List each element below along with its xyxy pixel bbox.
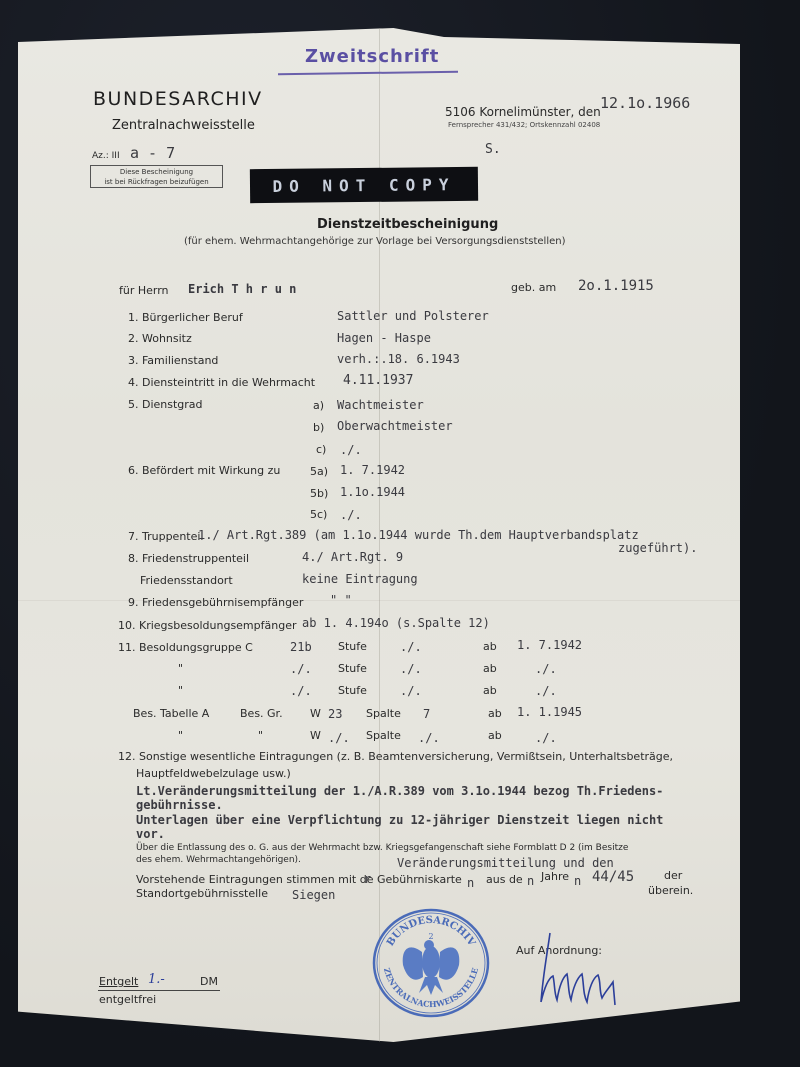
ab-value-4: 1. 1.1945 [517, 705, 582, 719]
promoted-key-5b: 5b) [310, 487, 328, 500]
stufe-value-2: ./. [400, 662, 422, 676]
confirmation-text-e: der [664, 869, 682, 882]
field-label-marital: 3. Familienstand [128, 354, 218, 367]
born-label: geb. am [511, 281, 556, 294]
other-label-line1: 12. Sonstige wesentliche Eintragungen (z… [118, 750, 673, 763]
field-value-enlistment: 4.11.1937 [343, 373, 413, 388]
stufe-label-1: Stufe [338, 640, 367, 653]
issue-date: 12.1o.1966 [600, 94, 690, 112]
promoted-value-5b: 1.1o.1944 [340, 485, 405, 499]
ab-label-2: ab [483, 662, 497, 675]
confirmation-text-a: Vorstehende Eintragungen stimmen mit de [136, 873, 374, 886]
pay-group-value-3: ./. [290, 684, 312, 698]
pay-gr-ditto: " [258, 729, 263, 742]
rank-key-b: b) [313, 421, 324, 434]
discharge-note-line1: Über die Entlassung des o. G. aus der We… [136, 843, 628, 853]
field-value-occupation: Sattler und Polsterer [337, 309, 489, 323]
confirmation-years: 44/45 [592, 869, 634, 885]
peace-location-label: Friedensstandort [140, 574, 233, 587]
rank-key-c: c) [316, 443, 326, 456]
document-subtitle: (für ehem. Wehrmachtangehörige zur Vorla… [184, 236, 566, 247]
unit-value-line2: zugeführt). [618, 541, 697, 555]
war-pay-label: 10. Kriegsbesoldungsempfänger [118, 619, 297, 632]
promoted-value-5c: ./. [340, 508, 362, 522]
pay-group-value-1: 21b [290, 640, 312, 654]
other-text-line3: Unterlagen über eine Verpflichtung zu 12… [136, 813, 663, 827]
stufe-label-2: Stufe [338, 662, 367, 675]
reference-value: a - 7 [130, 144, 175, 162]
rank-key-a: a) [313, 399, 324, 412]
rank-value-a: Wachtmeister [337, 398, 424, 412]
pay-table-ditto: " [178, 729, 183, 742]
fee-currency: DM [200, 975, 218, 988]
organization-name: BUNDESARCHIV [93, 88, 263, 110]
reference-label: Az.: III [92, 151, 120, 161]
notice-box: Diese Bescheinigung ist bei Rückfragen b… [90, 165, 223, 188]
confirmation-n1: n [467, 876, 474, 890]
field-label-residence: 2. Wohnsitz [128, 332, 192, 345]
stufe-value-1: ./. [400, 640, 422, 654]
notice-line-1: Diese Bescheinigung [91, 167, 222, 177]
rank-value-b: Oberwachtmeister [337, 419, 453, 433]
zweitschrift-stamp: Zweitschrift [305, 46, 439, 67]
stufe-value-3: ./. [400, 684, 422, 698]
ab-value-3: ./. [535, 684, 557, 698]
spalte-value-1: 7 [423, 707, 430, 721]
place-line: 5106 Kornelimünster, den [445, 105, 601, 119]
ab-label-4: ab [488, 707, 502, 720]
pay-group-ditto-3: " [178, 684, 183, 697]
do-not-copy-label: DO NOT COPY [250, 167, 478, 203]
spalte-label-1: Spalte [366, 707, 401, 720]
spalte-value-2: ./. [418, 731, 440, 745]
ab-value-1: 1. 7.1942 [517, 638, 582, 652]
signature-icon [535, 930, 635, 1010]
other-label-line2: Hauptfeldwebelzulage usw.) [136, 767, 291, 780]
w-label-2: W [310, 729, 321, 742]
ab-value-5: ./. [535, 731, 557, 745]
promoted-key-5c: 5c) [310, 508, 327, 521]
person-label: für Herrn [119, 284, 169, 297]
unit-value-line1: 1./ Art.Rgt.389 (am 1.1o.1944 wurde Th.d… [198, 528, 639, 542]
confirmation-text-b: Gebührniskarte [377, 873, 462, 886]
peace-pay-value: " " [330, 593, 352, 607]
field-label-occupation: 1. Bürgerlicher Beruf [128, 311, 243, 324]
paper-fold-horizontal [18, 600, 740, 601]
do-not-copy-text: DO NOT COPY [272, 175, 455, 196]
department-name: Zentralnachweisstelle [112, 118, 255, 133]
pay-group-label: 11. Besoldungsgruppe C [118, 641, 253, 654]
field-value-residence: Hagen - Haspe [337, 331, 431, 345]
war-pay-value: ab 1. 4.194o (s.Spalte 12) [302, 616, 490, 630]
w-value-2: ./. [328, 731, 350, 745]
peace-pay-label: 9. Friedensgebührnisempfänger [128, 596, 303, 609]
pay-gr-label: Bes. Gr. [240, 707, 283, 720]
confirmation-office: Siegen [292, 888, 335, 902]
promoted-key-5a: 5a) [310, 465, 328, 478]
confirmation-typed-insert: Veränderungsmitteilung und den [397, 856, 614, 870]
pay-group-value-2: ./. [290, 662, 312, 676]
promoted-value-5a: 1. 7.1942 [340, 463, 405, 477]
born-date: 2o.1.1915 [578, 278, 654, 294]
unit-label: 7. Truppenteil [128, 530, 204, 543]
confirmation-text-f: Standortgebührnisstelle [136, 887, 268, 900]
ab-value-2: ./. [535, 662, 557, 676]
confirmation-text-g: überein. [648, 884, 693, 897]
person-name: Erich T h r u n [188, 282, 296, 296]
ab-label-1: ab [483, 640, 497, 653]
eagle-icon [403, 940, 460, 995]
phone-line: Fernsprecher 431/432; Ortskennzahl 02408 [448, 121, 600, 129]
peace-unit-value: 4./ Art.Rgt. 9 [302, 550, 403, 564]
bundesarchiv-seal-icon: BUNDESARCHIV ZENTRALNACHWEISSTELLE 2 [371, 907, 491, 1019]
stufe-label-3: Stufe [338, 684, 367, 697]
promoted-label: 6. Befördert mit Wirkung zu [128, 464, 280, 477]
rank-label: 5. Dienstgrad [128, 398, 203, 411]
notice-line-2: ist bei Rückfragen beizufügen [91, 177, 222, 187]
seal-number: 2 [428, 932, 433, 941]
other-text-line4: vor. [136, 827, 165, 841]
peace-location-value: keine Eintragung [302, 572, 418, 586]
fee-free-label: entgeltfrei [99, 993, 156, 1006]
discharge-note-line2: des ehem. Wehrmachtangehörigen). [136, 855, 301, 865]
other-text-line1: Lt.Veränderungsmitteilung der 1./A.R.389… [136, 784, 663, 798]
confirmation-n3: n [574, 874, 581, 888]
document-title: Dienstzeitbescheinigung [317, 217, 498, 232]
ab-label-5: ab [488, 729, 502, 742]
w-value-1: 23 [328, 707, 342, 721]
fee-label: Entgelt [99, 975, 138, 988]
pay-table-label: Bes. Tabelle A [133, 707, 209, 720]
fee-underline [98, 990, 220, 991]
spalte-label-2: Spalte [366, 729, 401, 742]
confirmation-r: r [364, 872, 371, 886]
confirmation-n2: n [527, 874, 534, 888]
rank-value-c: ./. [340, 443, 362, 457]
clerk-initial: S. [485, 142, 501, 157]
other-text-line2: gebührnisse. [136, 798, 223, 812]
pay-group-ditto-2: " [178, 662, 183, 675]
fee-value: 1.- [148, 972, 165, 987]
field-label-enlistment: 4. Diensteintritt in die Wehrmacht [128, 376, 315, 389]
field-value-marital: verh.:.18. 6.1943 [337, 352, 460, 366]
ab-label-3: ab [483, 684, 497, 697]
confirmation-text-c: aus de [486, 873, 523, 886]
confirmation-text-d: Jahre [541, 870, 569, 883]
peace-unit-label: 8. Friedenstruppenteil [128, 552, 249, 565]
w-label-1: W [310, 707, 321, 720]
